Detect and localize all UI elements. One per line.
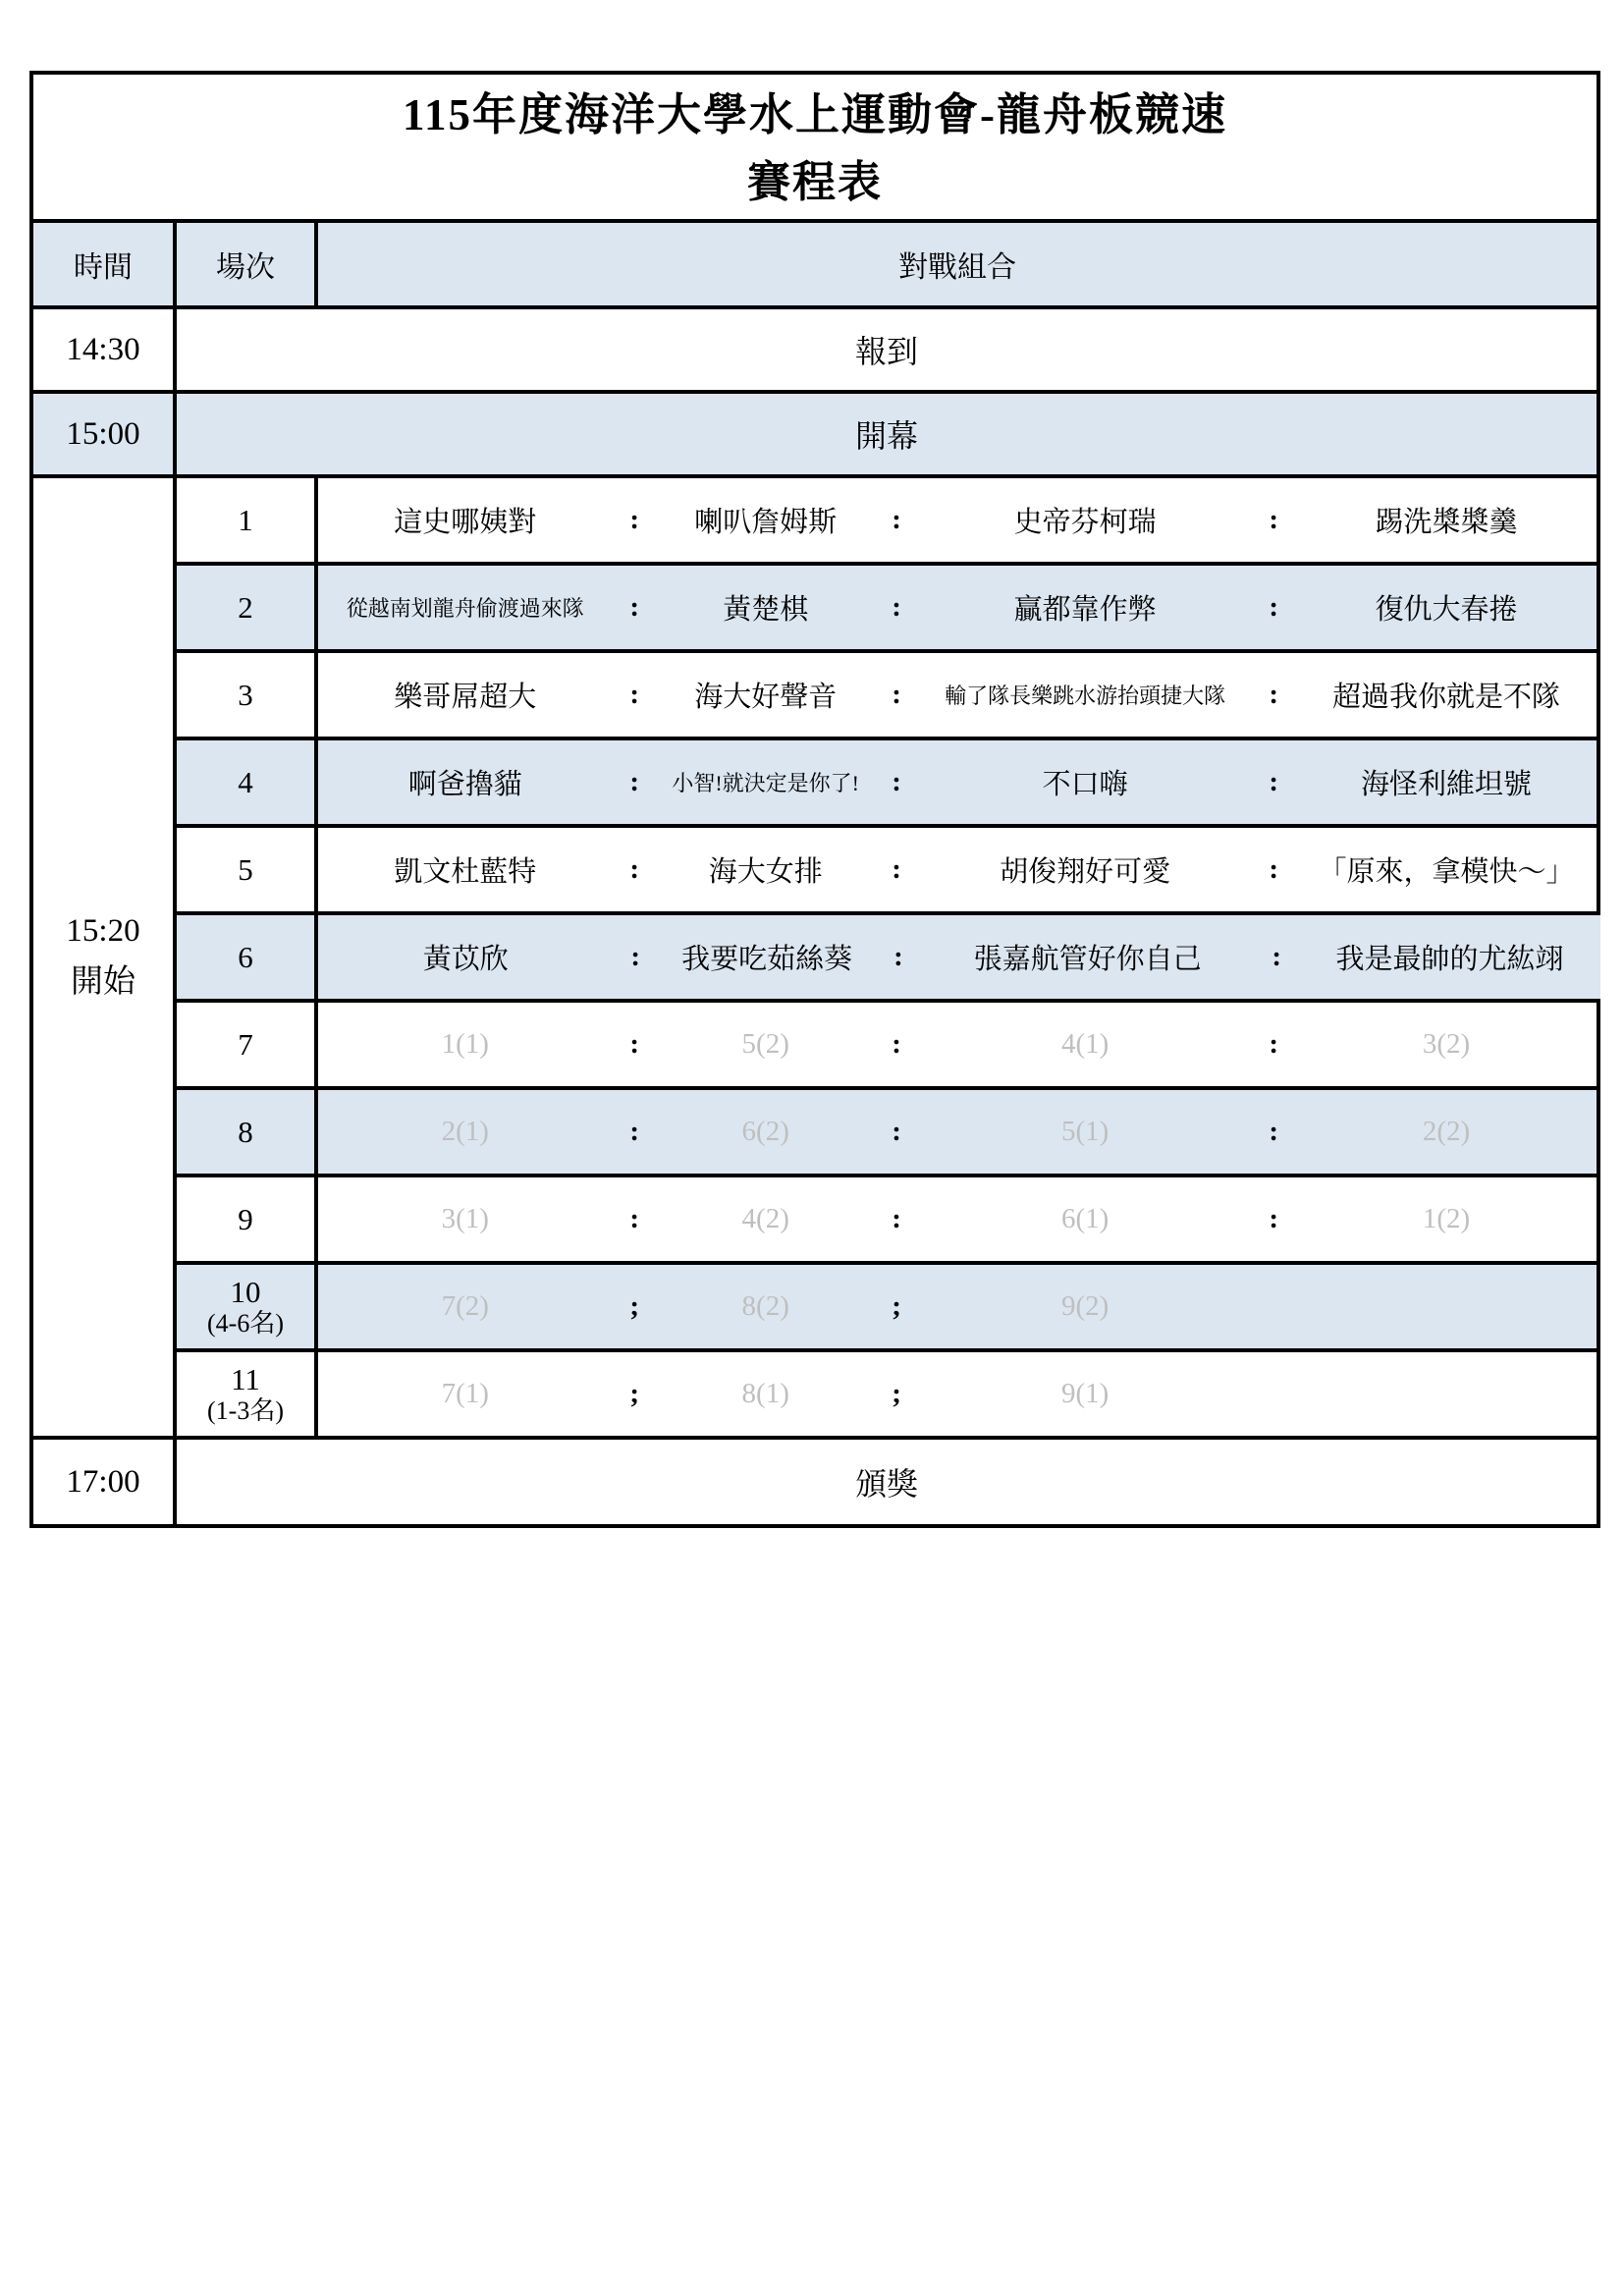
team-placeholder: 1(2) [1296,1203,1597,1235]
team-name: 我要吃茹絲葵 [658,937,876,977]
team-name: 海大好聲音 [657,675,874,715]
separator: ; [874,1378,919,1410]
team-name: 凱文杜藍特 [318,849,612,890]
team-name: 胡俊翔好可愛 [919,849,1252,890]
match-row-6: 6 黃苡欣 : 我要吃茹絲葵 : 張嘉航管好你自己 : 我是最帥的尤紘翊 [177,915,1600,1003]
match-row-7: 7 1(1) : 5(2) : 4(1) : 3(2) [177,1003,1600,1090]
header-match-no: 場次 [177,223,318,309]
session-time: 15:20 [66,906,139,957]
event-title: 115年度海洋大學水上運動會-龍舟板競速 [403,80,1227,150]
team-name: 喇叭詹姆斯 [657,500,874,540]
team-name: 史帝芬柯瑞 [919,500,1252,540]
team-placeholder: 6(2) [657,1116,874,1148]
separator: : [874,853,919,886]
match-row-11: 11 (1-3名) 7(1) ; 8(1) ; 9(1) [177,1352,1600,1440]
match-rows: 1 這史哪姨對 : 喇叭詹姆斯 : 史帝芬柯瑞 : 踢洗槳槳羹 2 [177,478,1600,1440]
opening-row: 15:00 開幕 [33,394,1600,478]
header-row: 時間 場次 對戰組合 [33,223,1600,309]
team-name: 張嘉航管好你自己 [921,937,1255,977]
match-number-cell: 1 [177,478,318,566]
match-combo-cell: 從越南划龍舟偷渡過來隊 : 黃楚棋 : 贏都靠作弊 : 復仇大春捲 [318,566,1600,653]
match-combo-cell: 樂哥屌超大 : 海大好聲音 : 輸了隊長樂跳水游抬頭捷大隊 : 超過我你就是不隊 [318,653,1600,740]
separator: : [612,853,657,886]
opening-time: 15:00 [33,394,177,478]
match-number: 6 [238,940,253,975]
separator: : [1251,1116,1296,1148]
separator: : [612,1203,657,1235]
match-number-cell: 4 [177,740,318,828]
checkin-row: 14:30 報到 [33,309,1600,394]
team-placeholder: 4(2) [657,1203,874,1235]
team-placeholder: 6(1) [919,1203,1252,1235]
separator: : [1251,766,1296,798]
separator: ; [612,1378,657,1410]
separator: : [874,1028,919,1061]
team-placeholder: 8(2) [657,1290,874,1323]
separator: : [1251,591,1296,624]
match-number-cell: 5 [177,828,318,915]
checkin-label: 報到 [177,309,1600,394]
awards-row: 17:00 頒獎 [33,1440,1600,1528]
separator: : [876,941,921,973]
team-name: 復仇大春捲 [1296,587,1597,628]
match-rank-note: (1-3名) [207,1397,284,1426]
match-number-cell: 11 (1-3名) [177,1352,318,1440]
separator: : [612,1116,657,1148]
match-number-cell: 7 [177,1003,318,1090]
team-name: 小智!就決定是你了! [657,767,874,797]
match-combo-cell: 黃苡欣 : 我要吃茹絲葵 : 張嘉航管好你自己 : 我是最帥的尤紘翊 [318,915,1600,1003]
team-placeholder: 3(1) [318,1203,612,1235]
match-number: 4 [238,765,253,800]
team-name: 「原來，拿模快～」 [1296,849,1597,890]
team-name: 海大女排 [657,849,874,890]
schedule-subtitle: 賽程表 [747,150,883,215]
team-name: 黃楚棋 [657,587,874,628]
session-start-label: 開始 [71,957,135,1008]
team-placeholder: 3(2) [1296,1028,1597,1061]
team-name: 這史哪姨對 [318,500,612,540]
match-row-3: 3 樂哥屌超大 : 海大好聲音 : 輸了隊長樂跳水游抬頭捷大隊 : 超過我你就是… [177,653,1600,740]
team-name: 從越南划龍舟偷渡過來隊 [318,592,612,623]
separator: : [874,504,919,536]
match-row-10: 10 (4-6名) 7(2) ; 8(2) ; 9(2) [177,1265,1600,1352]
separator: : [1251,853,1296,886]
separator: : [613,941,658,973]
team-placeholder: 7(2) [318,1290,612,1323]
match-number-cell: 2 [177,566,318,653]
matches-block: 15:20 開始 1 這史哪姨對 : 喇叭詹姆斯 : 史帝芬柯瑞 : 踢洗槳槳羹 [33,478,1600,1440]
match-number-cell: 10 (4-6名) [177,1265,318,1352]
separator: : [1251,1028,1296,1061]
team-placeholder: 8(1) [657,1378,874,1410]
separator: : [1251,679,1296,711]
match-number-cell: 3 [177,653,318,740]
match-row-2: 2 從越南划龍舟偷渡過來隊 : 黃楚棋 : 贏都靠作弊 : 復仇大春捲 [177,566,1600,653]
checkin-time: 14:30 [33,309,177,394]
separator: : [612,1028,657,1061]
team-name: 樂哥屌超大 [318,675,612,715]
separator: ; [612,1290,657,1323]
team-name: 黃苡欣 [318,937,613,977]
match-number: 8 [238,1115,253,1150]
match-combo-cell: 啊爸擼貓 : 小智!就決定是你了! : 不口嗨 : 海怪利維坦號 [318,740,1600,828]
match-combo-cell: 7(1) ; 8(1) ; 9(1) [318,1352,1600,1440]
separator: ; [874,1290,919,1323]
separator: : [874,1203,919,1235]
separator: : [874,1116,919,1148]
schedule-table: 115年度海洋大學水上運動會-龍舟板競速 賽程表 時間 場次 對戰組合 14:3… [29,71,1600,1528]
awards-time: 17:00 [33,1440,177,1528]
opening-label: 開幕 [177,394,1600,478]
session-time-cell: 15:20 開始 [33,478,177,1440]
match-combo-cell: 1(1) : 5(2) : 4(1) : 3(2) [318,1003,1600,1090]
awards-label: 頒獎 [177,1440,1600,1528]
team-name: 啊爸擼貓 [318,762,612,802]
team-placeholder: 1(1) [318,1028,612,1061]
team-placeholder: 4(1) [919,1028,1252,1061]
header-combo: 對戰組合 [318,223,1600,309]
team-name: 贏都靠作弊 [919,587,1252,628]
separator: : [612,766,657,798]
team-placeholder: 5(1) [919,1116,1252,1148]
match-row-5: 5 凱文杜藍特 : 海大女排 : 胡俊翔好可愛 : 「原來，拿模快～」 [177,828,1600,915]
team-placeholder: 7(1) [318,1378,612,1410]
match-combo-cell: 2(1) : 6(2) : 5(1) : 2(2) [318,1090,1600,1177]
match-number: 2 [238,590,253,626]
match-number: 11 [231,1362,260,1397]
team-placeholder: 2(2) [1296,1116,1597,1148]
match-combo-cell: 這史哪姨對 : 喇叭詹姆斯 : 史帝芬柯瑞 : 踢洗槳槳羹 [318,478,1600,566]
match-number: 1 [238,503,253,538]
team-name: 輸了隊長樂跳水游抬頭捷大隊 [919,680,1252,710]
separator: : [1254,941,1299,973]
match-combo-cell: 7(2) ; 8(2) ; 9(2) [318,1265,1600,1352]
match-number: 7 [238,1027,253,1063]
separator: : [612,679,657,711]
match-row-4: 4 啊爸擼貓 : 小智!就決定是你了! : 不口嗨 : 海怪利維坦號 [177,740,1600,828]
separator: : [612,504,657,536]
team-placeholder: 9(1) [919,1378,1252,1410]
separator: : [874,766,919,798]
team-name: 超過我你就是不隊 [1296,675,1597,715]
table-title-cell: 115年度海洋大學水上運動會-龍舟板競速 賽程表 [33,75,1600,223]
match-number-cell: 9 [177,1177,318,1265]
separator: : [874,591,919,624]
match-number: 5 [238,852,253,888]
team-placeholder: 2(1) [318,1116,612,1148]
separator: : [874,679,919,711]
match-row-1: 1 這史哪姨對 : 喇叭詹姆斯 : 史帝芬柯瑞 : 踢洗槳槳羹 [177,478,1600,566]
match-number-cell: 6 [177,915,318,1003]
separator: : [1251,504,1296,536]
header-time: 時間 [33,223,177,309]
match-row-8: 8 2(1) : 6(2) : 5(1) : 2(2) [177,1090,1600,1177]
match-combo-cell: 3(1) : 4(2) : 6(1) : 1(2) [318,1177,1600,1265]
match-number: 10 [231,1275,261,1310]
match-row-9: 9 3(1) : 4(2) : 6(1) : 1(2) [177,1177,1600,1265]
team-name: 踢洗槳槳羹 [1296,500,1597,540]
match-combo-cell: 凱文杜藍特 : 海大女排 : 胡俊翔好可愛 : 「原來，拿模快～」 [318,828,1600,915]
match-number: 3 [238,678,253,713]
team-placeholder: 5(2) [657,1028,874,1061]
match-number: 9 [238,1202,253,1237]
team-name: 我是最帥的尤紘翊 [1299,937,1600,977]
match-rank-note: (4-6名) [207,1310,284,1339]
separator: : [1251,1203,1296,1235]
team-name: 不口嗨 [919,762,1252,802]
match-number-cell: 8 [177,1090,318,1177]
team-name: 海怪利維坦號 [1296,762,1597,802]
team-placeholder: 9(2) [919,1290,1252,1323]
separator: : [612,591,657,624]
